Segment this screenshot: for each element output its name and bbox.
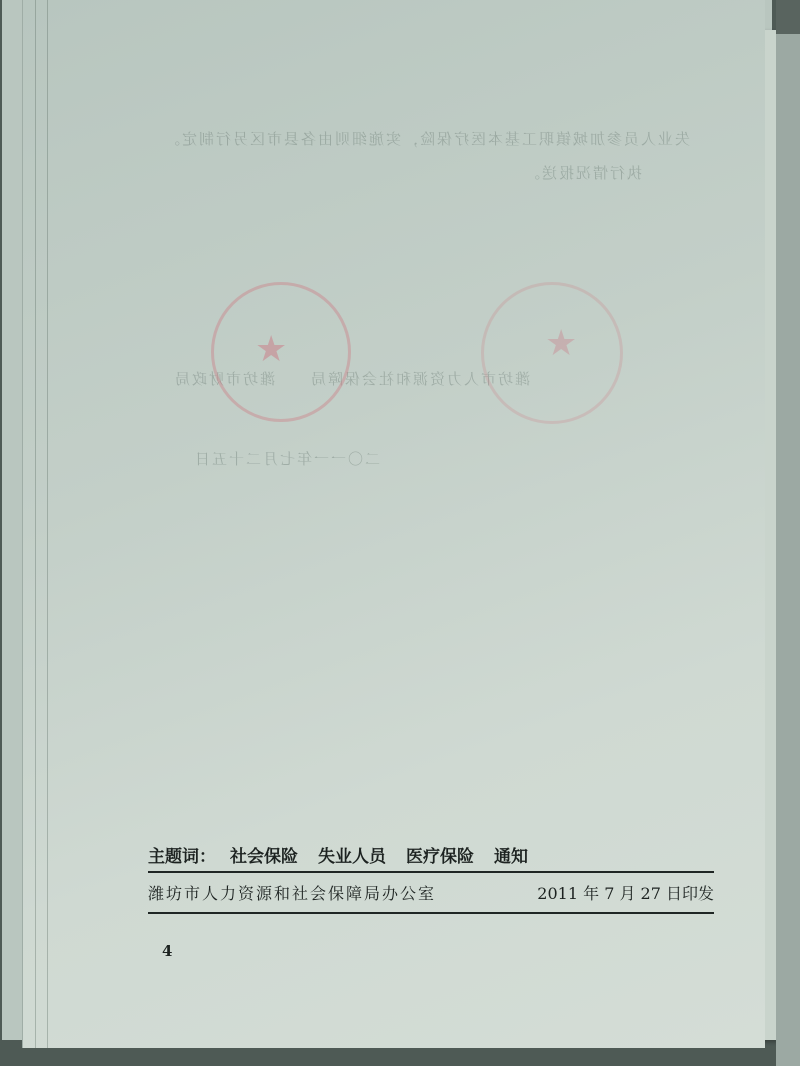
background-dark-corner [776,0,800,34]
page-edge-line [47,0,48,1048]
issuer-row: 潍坊市人力资源和社会保障局办公室 2011 年 7 月 27 日印发 [148,873,714,912]
keyword: 通知 [494,847,528,867]
bleed-through-text: 失业人员参加城镇职工基本医疗保险，实施细则由各县市区另行制定。 [163,128,690,149]
star-icon: ★ [255,332,287,368]
background-edge [776,34,800,1066]
keyword: 失业人员 [318,847,386,867]
keyword: 社会保险 [230,847,298,867]
issuing-office: 潍坊市人力资源和社会保障局办公室 [148,881,436,904]
divider [148,912,714,914]
star-icon: ★ [545,326,577,362]
bleed-through-text: 执行情况报送。 [523,162,642,183]
keyword: 医疗保险 [406,847,474,867]
issue-date: 2011 年 7 月 27 日印发 [537,881,714,904]
page-number: 4 [162,942,172,960]
page-edge-line [35,0,36,1048]
subject-keywords: 主题词：社会保险失业人员医疗保险通知 [148,842,714,871]
document-footer: 主题词：社会保险失业人员医疗保险通知 潍坊市人力资源和社会保障局办公室 2011… [148,842,714,914]
bleed-through-text: 二〇一一年七月二十五日 [193,448,380,469]
keywords-label: 主题词： [148,847,216,867]
